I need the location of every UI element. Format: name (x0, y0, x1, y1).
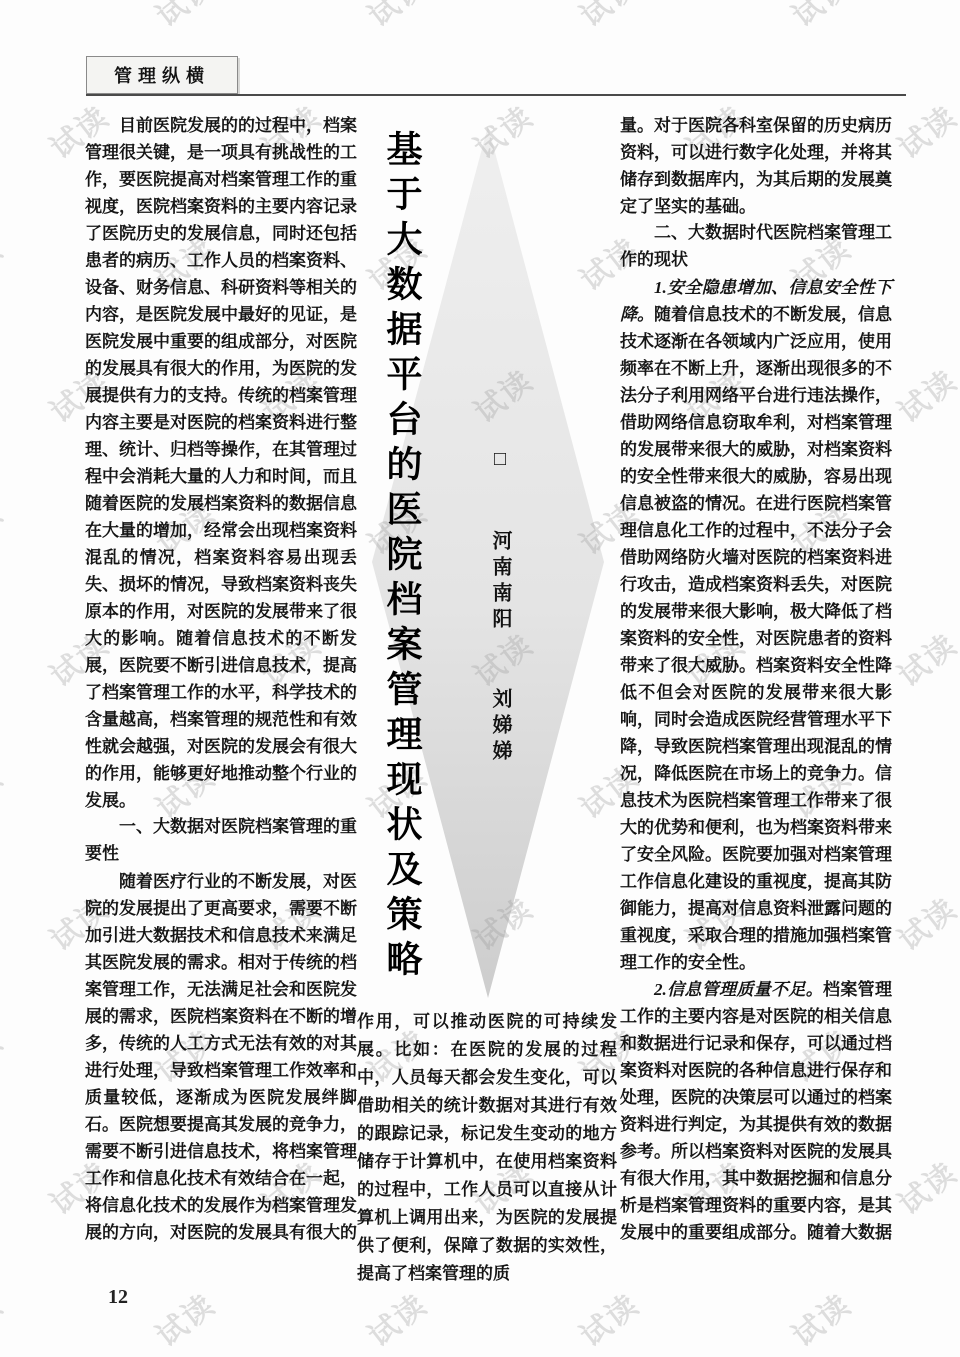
watermark: 试读 (887, 93, 960, 167)
right-text-column: 量。对于医院各科室保留的历史病历资料，可以进行数字化处理，并将其储存到数据库内，… (620, 112, 892, 1246)
watermark: 试读 (0, 1017, 11, 1091)
column-header-badge: 管理纵横 (86, 56, 238, 94)
watermark: 试读 (0, 225, 11, 299)
watermark: 试读 (781, 0, 859, 35)
watermark: 试读 (887, 1149, 960, 1223)
paragraph-continuation-right: 量。对于医院各科室保留的历史病历资料，可以进行数字化处理，并将其储存到数据库内，… (620, 112, 892, 220)
author-name: 刘娣娣 (489, 688, 511, 766)
author-block: □ 河南南阳 刘娣娣 (486, 448, 515, 868)
watermark: 试读 (569, 0, 647, 35)
section-heading-1: 一、大数据对医院档案管理的重要性 (85, 814, 357, 868)
watermark: 试读 (0, 0, 11, 35)
left-text-column: 目前医院发展的的过程中，档案管理很关键，是一项具有挑战性的工作，要医院提高对档案… (85, 112, 357, 1246)
column-header-label: 管理纵横 (114, 62, 210, 88)
watermark: 试读 (887, 357, 960, 431)
watermark: 试读 (357, 1281, 435, 1355)
watermark: 试读 (887, 885, 960, 959)
paragraph-intro: 目前医院发展的的过程中，档案管理很关键，是一项具有挑战性的工作，要医院提高对档案… (85, 112, 357, 814)
paragraph-section1: 随着医疗行业的不断发展，对医院的发展提出了更高要求，需要不断加引进大数据技术和信… (85, 868, 357, 1246)
watermark: 试读 (0, 753, 11, 827)
watermark: 试读 (0, 1281, 11, 1355)
watermark: 试读 (887, 621, 960, 695)
point-2-lead: 2.信息管理质量不足。 (654, 980, 823, 999)
author-affiliation: 河南南阳 (489, 530, 511, 634)
scanned-article-page: 试读试读试读试读试读试读试读试读试读试读试读试读试读试读试读试读试读试读试读试读… (0, 0, 960, 1357)
watermark: 试读 (781, 1281, 859, 1355)
watermark: 试读 (357, 0, 435, 35)
middle-text-column: 作用，可以推动医院的可持续发展。比如：在医院的发展的过程中，人员每天都会发生变化… (357, 1008, 617, 1288)
watermark: 试读 (569, 1281, 647, 1355)
point-1-body: 随着信息技术的不断发展，信息技术逐渐在各领域内广泛应用，使用频率在不断上升，逐渐… (620, 305, 892, 972)
paragraph-continuation: 作用，可以推动医院的可持续发展。比如：在医院的发展的过程中，人员每天都会发生变化… (357, 1008, 617, 1288)
watermark: 试读 (463, 93, 541, 167)
paragraph-point-1: 1.安全隐患增加、信息安全性下降。随着信息技术的不断发展，信息技术逐渐在各领域内… (620, 274, 892, 976)
section-heading-2: 二、大数据时代医院档案管理工作的现状 (620, 220, 892, 274)
watermark: 试读 (145, 1281, 223, 1355)
watermark: 试读 (0, 489, 11, 563)
page-number: 12 (108, 1286, 128, 1309)
article-title-vertical: 基于大数据平台的医院档案管理现状及策略 (376, 130, 427, 1010)
point-2-body: 档案管理工作的主要内容是对医院的相关信息和数据进行记录和保存，可以通过档案资料对… (620, 980, 892, 1242)
author-marker: □ (489, 448, 511, 476)
paragraph-point-2: 2.信息管理质量不足。档案管理工作的主要内容是对医院的相关信息和数据进行记录和保… (620, 976, 892, 1246)
header-rule (86, 94, 906, 96)
watermark: 试读 (145, 0, 223, 35)
